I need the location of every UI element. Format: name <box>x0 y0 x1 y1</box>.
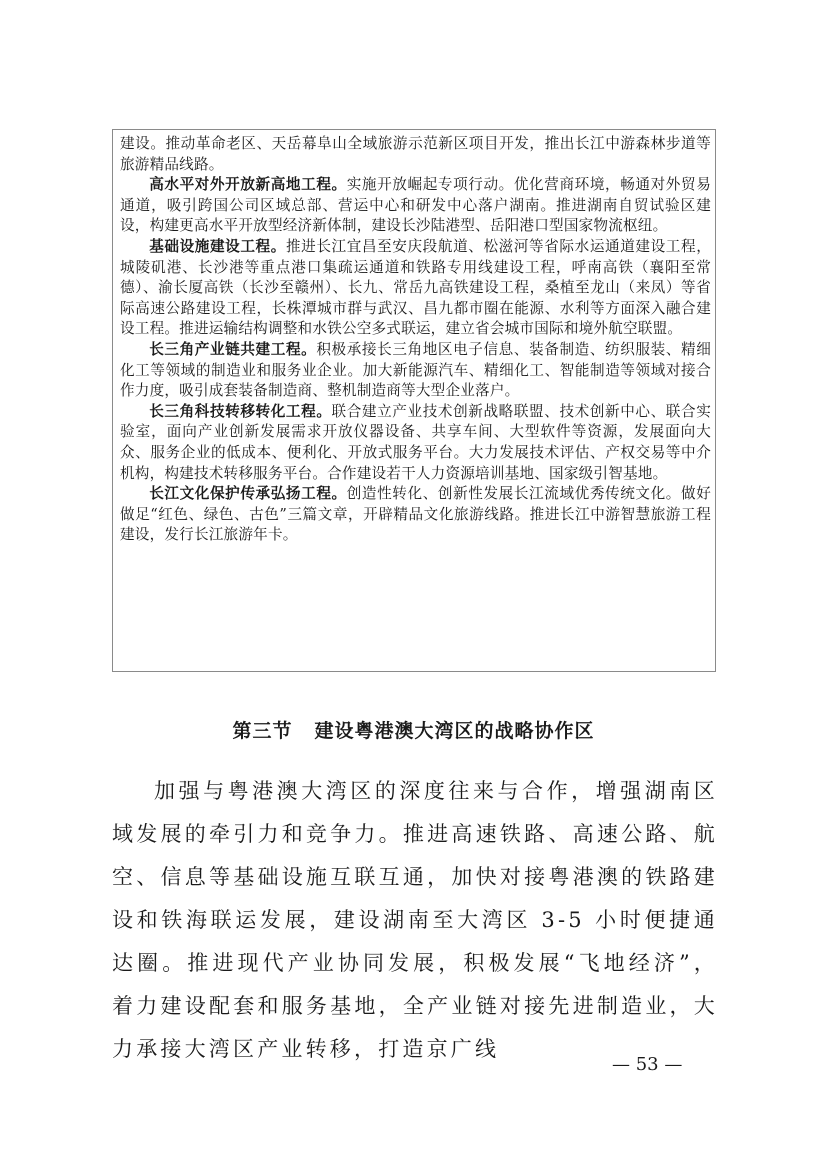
box-paragraph-infrastructure: 基础设施建设工程。推进长江宜昌至安庆段航道、松滋河等省际水运通道建设工程，城陵矶… <box>120 237 711 340</box>
section-title: 第三节建设粤港澳大湾区的战略协作区 <box>0 716 827 743</box>
project-box: 建设。推动革命老区、天岳幕阜山全域旅游示范新区项目开发，推出长江中游森林步道等旅… <box>112 129 716 672</box>
body-text: 加强与粤港澳大湾区的深度往来与合作，增强湖南区域发展的牵引力和竞争力。推进高速铁… <box>112 770 718 1071</box>
box-paragraph-0: 建设。推动革命老区、天岳幕阜山全域旅游示范新区项目开发，推出长江中游森林步道等旅… <box>120 134 711 175</box>
box-paragraph-industry-chain: 长三角产业链共建工程。积极承接长三角地区电子信息、装备制造、纺织服装、精细化工等… <box>120 340 711 402</box>
box-paragraph-heading: 高水平对外开放新高地工程。 <box>149 176 347 193</box>
box-paragraph-heading: 基础设施建设工程。 <box>149 238 286 255</box>
body-paragraph: 加强与粤港澳大湾区的深度往来与合作，增强湖南区域发展的牵引力和竞争力。推进高速铁… <box>112 770 718 1071</box>
section-heading: 建设粤港澳大湾区的战略协作区 <box>315 720 595 742</box>
box-paragraph-heading: 长江文化保护传承弘扬工程。 <box>149 485 347 502</box>
section-number: 第三节 <box>232 720 292 742</box>
box-paragraph-tech-transfer: 长三角科技转移转化工程。联合建立产业技术创新战略联盟、技术创新中心、联合实验室，… <box>120 402 711 484</box>
box-paragraph-opening-up: 高水平对外开放新高地工程。实施开放崛起专项行动。优化营商环境，畅通对外贸易通道，… <box>120 175 711 237</box>
page-number: — 53 — <box>612 1054 682 1075</box>
box-paragraph-heading: 长三角产业链共建工程。 <box>149 341 316 358</box>
box-paragraph-text: 建设。推动革命老区、天岳幕阜山全域旅游示范新区项目开发，推出长江中游森林步道等旅… <box>120 135 711 173</box>
box-paragraph-culture: 长江文化保护传承弘扬工程。创造性转化、创新性发展长江流域优秀传统文化。做好做足“… <box>120 484 711 546</box>
box-paragraph-heading: 长三角科技转移转化工程。 <box>149 403 331 420</box>
